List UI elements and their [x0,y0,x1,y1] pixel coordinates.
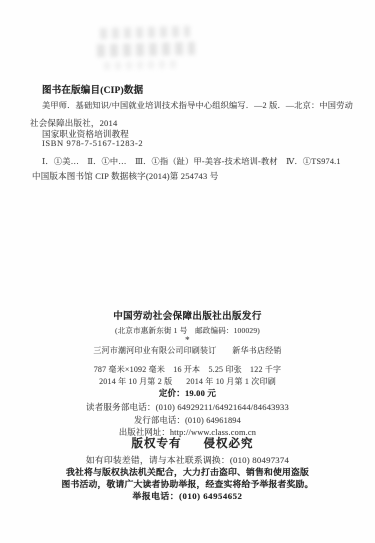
distributor-name: 新华书店经销 [232,346,281,355]
bleed-through-ghost-line [104,60,178,70]
price: 定价：19.00 元 [0,387,375,399]
edition-printing-line: 2014 年 10 月第 2 版2014 年 10 月第 1 次印刷 [0,376,375,387]
isbn-number: ISBN 978-7-5167-1283-2 [42,138,143,148]
cip-entry-line-1: 美甲师．基础知识/中国就业培训技术指导中心组织编写．—2 版．—北京：中国劳动 [42,100,353,111]
cip-classification-line: Ⅰ．①美… Ⅱ．①中… Ⅲ．①指（趾）甲-美容-技术培训-教材 Ⅳ．①TS974… [42,156,341,167]
distribution-phone: 发行部电话：(010) 64961894 [0,414,375,426]
reader-service-phone: 读者服务部电话：(010) 64929211/64921644/84643933 [0,401,375,413]
edition-info: 2014 年 10 月第 2 版 [99,377,172,386]
printing-run-info: 2014 年 10 月第 1 次印刷 [186,377,276,386]
bleed-through-ghost-line [97,42,195,58]
cip-data-header: 图书在版编目(CIP)数据 [42,82,143,96]
printer-name: 三河市潮河印业有限公司印刷装订 [93,346,216,355]
printer-distributor-line: 三河市潮河印业有限公司印刷装订新华书店经销 [0,345,375,356]
book-colophon-page: 图书在版编目(CIP)数据 美甲师．基础知识/中国就业培训技术指导中心组织编写．… [0,0,375,543]
copyright-notice: 版权专有侵权必究 [0,435,375,451]
book-format-spec: 787 毫米×1092 毫米 16 开本 5.25 印张 122 千字 [0,364,375,375]
bleed-through-ghost-line [100,26,190,39]
cip-record-number: 中国版本图书馆 CIP 数据核字(2014)第 254743 号 [32,170,218,182]
publisher-name: 中国劳动社会保障出版社出版发行 [0,308,375,322]
section-divider-star: * [0,335,375,345]
copyright-notice-right: 侵权必究 [204,438,254,450]
copyright-notice-left: 版权专有 [132,438,182,450]
piracy-report-phone: 举报电话：(010) 64954652 [0,489,375,502]
